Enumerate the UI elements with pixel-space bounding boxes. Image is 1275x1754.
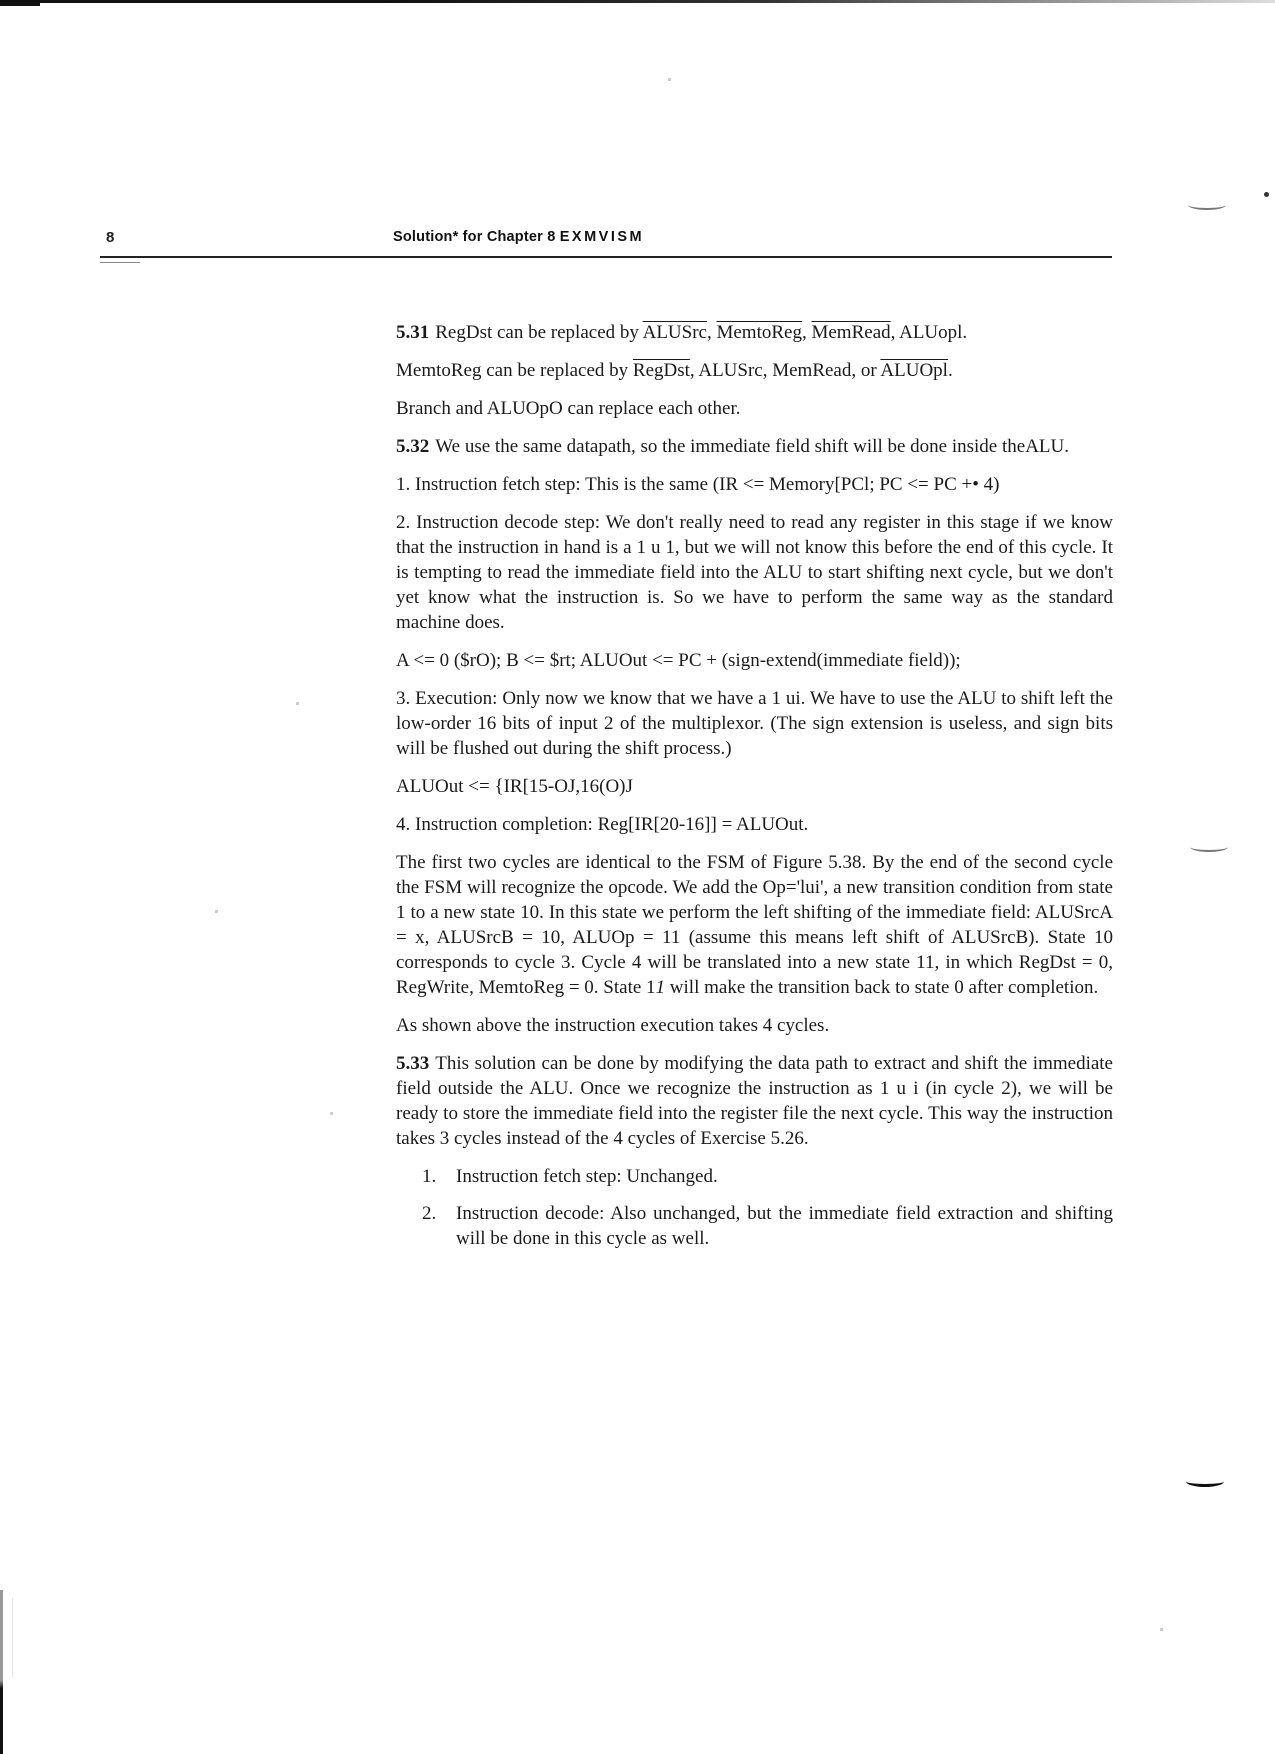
exercise-5-31-line-2: MemtoReg can be replaced by RegDst, ALUS… [396, 358, 1113, 383]
exercise-5-32-intro: 5.32We use the same datapath, so the imm… [396, 434, 1113, 459]
exercise-5-32-fsm-paragraph: The first two cycles are identical to th… [396, 850, 1113, 1000]
negated-signal: MemtoReg [716, 322, 802, 343]
list-item: 1.Instruction fetch step: Unchanged. [396, 1164, 1113, 1189]
running-head-title: Solution* for Chapter 8 [393, 229, 556, 245]
list-text: Instruction decode: Also unchanged, but … [456, 1203, 1113, 1249]
scan-edge-left [0, 1590, 3, 1754]
scan-speck [330, 1112, 333, 1115]
text-italic: 1 [656, 977, 666, 998]
list-item: 2.Instruction decode: Also unchanged, bu… [396, 1201, 1113, 1251]
scan-speck [215, 910, 218, 913]
exercise-number: 5.33 [396, 1053, 429, 1074]
running-head: Solution* for Chapter 8 EXMVISM [393, 229, 644, 245]
scan-edge-top-corner [0, 0, 40, 6]
text: , ALUopl. [891, 322, 968, 343]
text: We use the same datapath, so the immedia… [435, 436, 1069, 457]
exercise-5-32-step-3: 3. Execution: Only now we know that we h… [396, 686, 1113, 761]
negated-signal: RegDst [633, 360, 690, 381]
scan-speck [1264, 192, 1269, 197]
negated-signal: MemRead [811, 322, 890, 343]
text: , ALUSrc, MemRead, or [690, 360, 881, 381]
list-number: 1. [422, 1164, 436, 1189]
binding-hole-mark [1190, 842, 1228, 852]
negated-signal: ALUOpl [880, 360, 948, 381]
scan-speck [668, 78, 671, 81]
header-rule [100, 256, 1112, 258]
binding-hole-mark [1186, 1476, 1224, 1487]
running-head-subject: EXMVISM [560, 229, 644, 245]
exercise-5-31-line-3: Branch and ALUOpO can replace each other… [396, 396, 1113, 421]
exercise-number: 5.31 [396, 322, 429, 343]
scan-speck [296, 702, 299, 705]
exercise-5-32-summary: As shown above the instruction execution… [396, 1013, 1113, 1038]
exercise-5-32-step-4: 4. Instruction completion: Reg[IR[20-16]… [396, 812, 1113, 837]
exercise-5-32-exec-rtl: ALUOut <= {IR[15-OJ,16(O)J [396, 774, 1113, 799]
exercise-5-32-decode-rtl: A <= 0 ($rO); B <= $rt; ALUOut <= PC + (… [396, 648, 1113, 673]
binding-hole-mark [1188, 200, 1226, 210]
header-rule-accent [100, 262, 140, 263]
scan-edge-left-faint [12, 1598, 13, 1678]
scan-edge-top [0, 0, 1275, 3]
text: RegDst can be replaced by [435, 322, 642, 343]
text: This solution can be done by modifying t… [396, 1053, 1113, 1149]
exercise-5-32-step-1: 1. Instruction fetch step: This is the s… [396, 472, 1113, 497]
negated-signal: ALUSrc [643, 322, 707, 343]
page-body: 5.31RegDst can be replaced by ALUSrc, Me… [396, 320, 1113, 1263]
exercise-5-31-line-1: 5.31RegDst can be replaced by ALUSrc, Me… [396, 320, 1113, 345]
text: MemtoReg can be replaced by [396, 360, 633, 381]
list-number: 2. [422, 1201, 436, 1226]
scan-speck [1160, 1628, 1163, 1631]
list-text: Instruction fetch step: Unchanged. [456, 1166, 718, 1187]
exercise-5-32-step-2: 2. Instruction decode step: We don't rea… [396, 510, 1113, 635]
exercise-5-33-intro: 5.33This solution can be done by modifyi… [396, 1051, 1113, 1151]
text: will make the transition back to state 0… [665, 977, 1098, 998]
exercise-5-33-steps: 1.Instruction fetch step: Unchanged. 2.I… [396, 1164, 1113, 1251]
text: . [948, 360, 953, 381]
exercise-number: 5.32 [396, 436, 429, 457]
page-number: 8 [106, 229, 114, 246]
